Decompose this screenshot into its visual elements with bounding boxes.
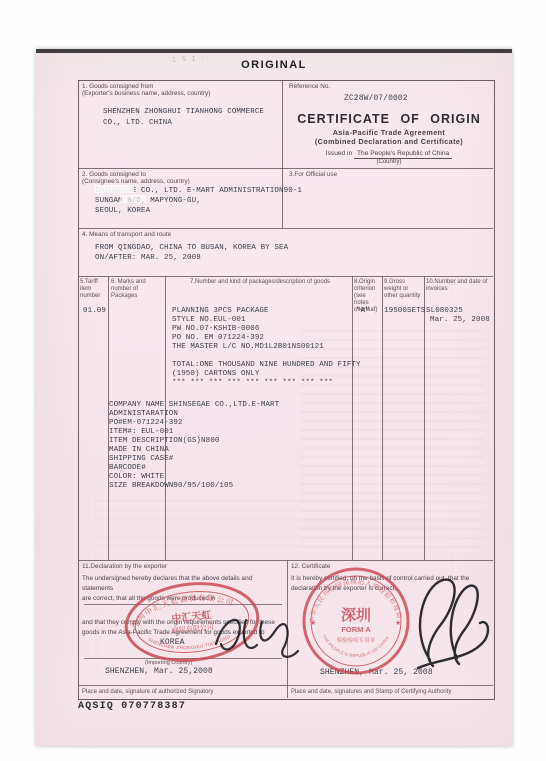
scan-edge-strip xyxy=(36,49,512,53)
certificate-subtitle-1: Asia-Pacific Trade Agreement xyxy=(285,128,493,137)
round-stamp-city: 深圳 xyxy=(341,606,371,624)
rule-table-top xyxy=(78,276,493,277)
serial-number: AQSIQ 070778387 xyxy=(78,701,186,712)
authority-signature xyxy=(400,570,496,678)
exporter-signature xyxy=(198,600,308,672)
copy-type-label: ORIGINAL xyxy=(36,59,512,71)
rule-row2-bottom xyxy=(78,228,493,229)
whiteout-mark xyxy=(94,185,134,193)
declaration-label: 11.Declaration by the exporter xyxy=(82,563,167,571)
exporter-footer-label: Place and date, signature of authorized … xyxy=(82,689,213,696)
official-use-label: 3.For Official use xyxy=(289,171,337,179)
tariff-item-value: 01.09 xyxy=(83,307,106,315)
col-header-description: 7.Number and kind of packages/descriptio… xyxy=(168,279,352,286)
issued-in-country: The People's Republic of China xyxy=(354,150,452,159)
gross-weight-value: 19500SETS xyxy=(384,307,425,315)
issued-in-prefix: Issued in xyxy=(326,150,352,157)
scanned-certificate-page: { "page": { "copy_label": "ORIGINAL", "p… xyxy=(0,0,546,761)
whiteout-mark xyxy=(120,195,146,203)
country-caption: (Country) xyxy=(285,159,493,165)
col-header-marks: 6. Marks and number of Packages xyxy=(111,279,161,300)
exporter-name-address: SHENZHEN ZHONGHUI TIANHONG COMMERCE CO.,… xyxy=(103,107,264,129)
rule-row1-bottom xyxy=(78,168,493,169)
invoice-number-value: SL080325 xyxy=(426,307,463,315)
certificate-subtitle-2: (Combined Declaration and Certificate) xyxy=(285,137,493,146)
box4-label: 4. Means of transport and route xyxy=(82,231,171,239)
scan-ghost-noise xyxy=(95,500,425,555)
rule-table-bottom xyxy=(78,560,493,561)
round-stamp-sub: 检验检疫专用章 xyxy=(337,636,376,644)
col-header-invoice: 10.Number and date of invoices xyxy=(426,279,488,293)
origin-criterion-value: "A" xyxy=(356,307,370,315)
reference-value: ZC28W/07/0002 xyxy=(344,94,408,103)
round-stamp-form: FORM A xyxy=(341,625,371,634)
issued-in-line: Issued in The People's Republic of China xyxy=(285,150,493,157)
reference-label: Reference No. xyxy=(289,83,330,91)
rule-footer xyxy=(78,685,493,686)
col-header-weight: 9.Gross weight or other quantity xyxy=(384,279,422,300)
certificate-title: CERTIFICATE OF ORIGIN xyxy=(285,112,493,126)
marks-and-numbers: COMPANY NAME SHINSEGAE CO.,LTD.E-MART AD… xyxy=(109,401,279,491)
box1-sublabel: (Exporter's business name, address, coun… xyxy=(82,90,210,98)
col-header-tariff: 5.Tariff item number xyxy=(80,279,106,300)
authority-footer-label: Place and date, signatures and Stamp of … xyxy=(291,689,451,696)
certifying-authority-stamp: 中华人民共和国深圳出入境检验检疫局 THE PEOPLE'S REPUBLIC … xyxy=(297,562,415,680)
invoice-date-value: Mar. 25, 2008 xyxy=(430,316,490,324)
transport-route: FROM QINGDAO, CHINA TO BUSAN, KOREA BY S… xyxy=(95,243,288,263)
round-stamp-star-left: ★ xyxy=(310,619,316,627)
